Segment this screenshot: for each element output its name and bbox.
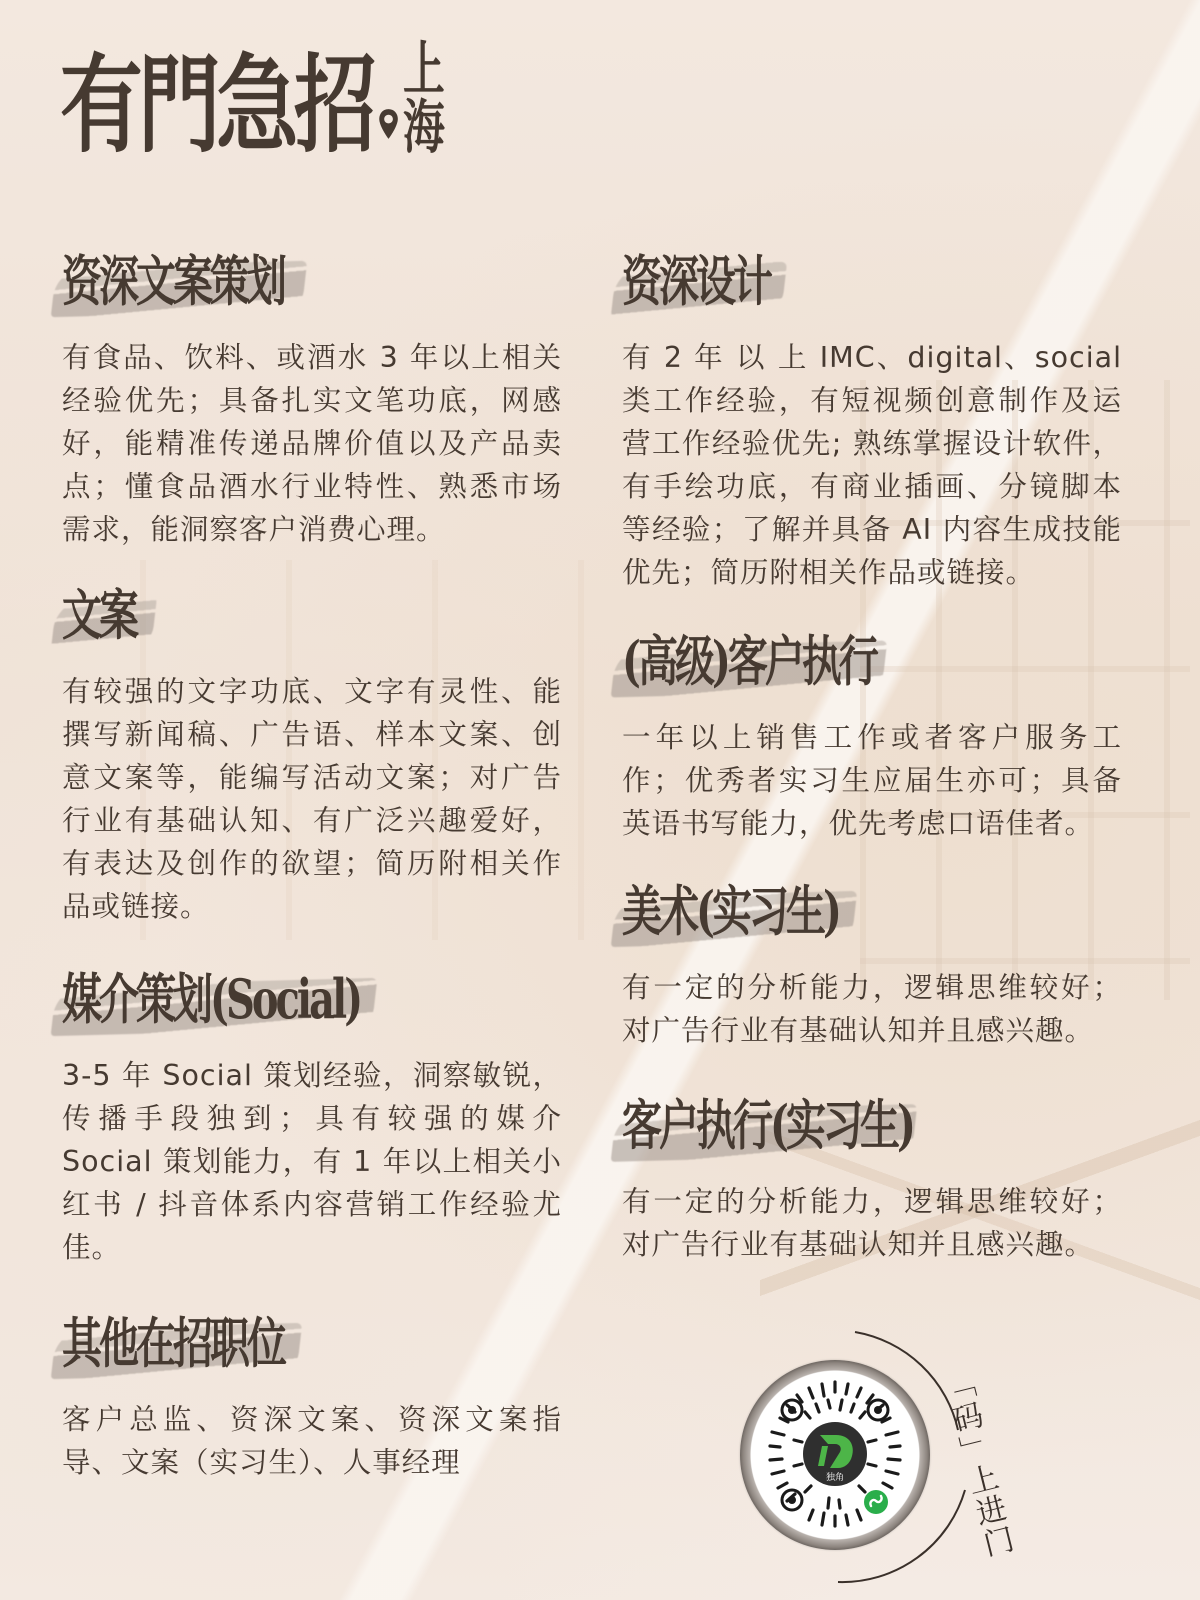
job-description: 有一定的分析能力，逻辑思维较好；对广告行业有基础认知并且感兴趣。 <box>622 966 1122 1052</box>
job-title: 客户执行(实习生) <box>622 1088 913 1162</box>
mini-program-code-icon: 独角 <box>740 1360 930 1550</box>
job-senior-copywriter-planner: 资深文案策划 有食品、饮料、或酒水 3 年以上相关经验优先；具备扎实文笔功底，网… <box>62 244 562 551</box>
location: 上海 <box>378 40 470 156</box>
job-title: 美术(实习生) <box>622 874 839 948</box>
job-description: 3-5 年 Social 策划经验，洞察敏锐，传播手段独到；具有较强的媒介 So… <box>62 1054 562 1269</box>
job-title: 文案 <box>62 578 136 652</box>
job-other-openings: 其他在招职位 客户总监、资深文案、资深文案指导、文案（实习生）、人事经理 <box>62 1306 562 1484</box>
job-description: 一年以上销售工作或者客户服务工作；优秀者实习生应届生亦可；具备英语书写能力，优先… <box>622 716 1122 845</box>
job-description: 有食品、饮料、或酒水 3 年以上相关经验优先；具备扎实文笔功底，网感好，能精准传… <box>62 336 562 551</box>
job-senior-designer: 资深设计 有 2 年 以 上 IMC、digital、social 类工作经验，… <box>622 244 1122 594</box>
header: 有門急招 上海 <box>60 52 460 158</box>
job-title: 资深文案策划 <box>62 244 284 318</box>
svg-text:独角: 独角 <box>826 1471 844 1483</box>
job-title: 媒介策划(Social) <box>62 962 360 1036</box>
job-title: 资深设计 <box>622 244 770 318</box>
qr-code-block: 独角 「码」上进门 <box>740 1320 1000 1580</box>
job-media-planner-social: 媒介策划(Social) 3-5 年 Social 策划经验，洞察敏锐，传播手段… <box>62 962 562 1269</box>
job-copywriter: 文案 有较强的文字功底、文字有灵性、能撰写新闻稿、广告语、样本文案、创意文案等，… <box>62 578 562 928</box>
location-text: 上海 <box>403 40 451 156</box>
job-description: 客户总监、资深文案、资深文案指导、文案（实习生）、人事经理 <box>62 1398 562 1484</box>
job-title: (高级)客户执行 <box>622 624 876 698</box>
qr-code[interactable]: 独角 <box>740 1360 930 1550</box>
job-account-executive-intern: 客户执行(实习生) 有一定的分析能力，逻辑思维较好；对广告行业有基础认知并且感兴… <box>622 1088 1122 1266</box>
page-title: 有門急招 <box>60 52 372 158</box>
job-description: 有 2 年 以 上 IMC、digital、social 类工作经验，有短视频创… <box>622 336 1122 594</box>
job-art-intern: 美术(实习生) 有一定的分析能力，逻辑思维较好；对广告行业有基础认知并且感兴趣。 <box>622 874 1122 1052</box>
job-title: 其他在招职位 <box>62 1306 284 1380</box>
job-senior-account-executive: (高级)客户执行 一年以上销售工作或者客户服务工作；优秀者实习生应届生亦可；具备… <box>622 624 1122 845</box>
job-description: 有较强的文字功底、文字有灵性、能撰写新闻稿、广告语、样本文案、创意文案等，能编写… <box>62 670 562 928</box>
job-description: 有一定的分析能力，逻辑思维较好；对广告行业有基础认知并且感兴趣。 <box>622 1180 1122 1266</box>
map-pin-icon <box>378 98 399 150</box>
